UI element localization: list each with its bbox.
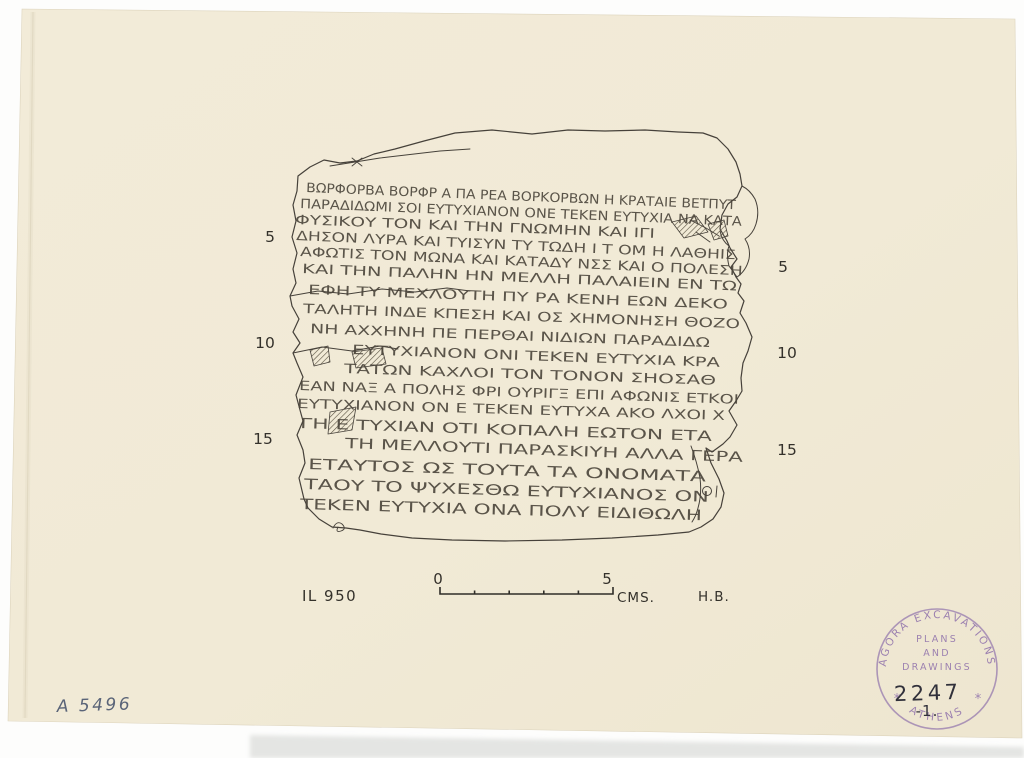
line-number-right-15: 15 — [777, 441, 797, 459]
archive-number-handwritten: A 5496 — [55, 694, 132, 717]
draughtsman-initials: H.B. — [698, 589, 730, 605]
scanned-drawing-sheet: ΒΩΡΦΟΡΒΑ ΒΟΡΦΡ Α ΠΑ ΡΕΑ ΒΟΡΚΟΡΒΩΝ Η ΚΡΑΤ… — [0, 0, 1024, 758]
line-number-left-10: 10 — [255, 334, 275, 352]
line-number-right-10: 10 — [777, 344, 797, 362]
scale-zero-label: 0 — [433, 570, 443, 588]
line-number-left-5: 5 — [265, 228, 275, 246]
line-number-left-15: 15 — [253, 430, 273, 448]
stamp-line-and: AND — [923, 648, 951, 659]
drawing-scan: ΒΩΡΦΟΡΒΑ ΒΟΡΦΡ Α ΠΑ ΡΕΑ ΒΟΡΚΟΡΒΩΝ Η ΚΡΑΤ… — [0, 0, 1024, 758]
scale-five-label: 5 — [602, 570, 612, 588]
stamp-line-drawings: DRAWINGS — [902, 662, 972, 673]
stamp-line-plans: PLANS — [916, 634, 958, 645]
line-number-right-5: 5 — [778, 258, 788, 276]
stamp-star-right: * — [975, 692, 982, 707]
catalog-number-label: IL 950 — [302, 587, 357, 605]
stamp-inventory-suffix: -1. — [916, 702, 939, 720]
scale-unit-label: CMS. — [617, 590, 655, 606]
